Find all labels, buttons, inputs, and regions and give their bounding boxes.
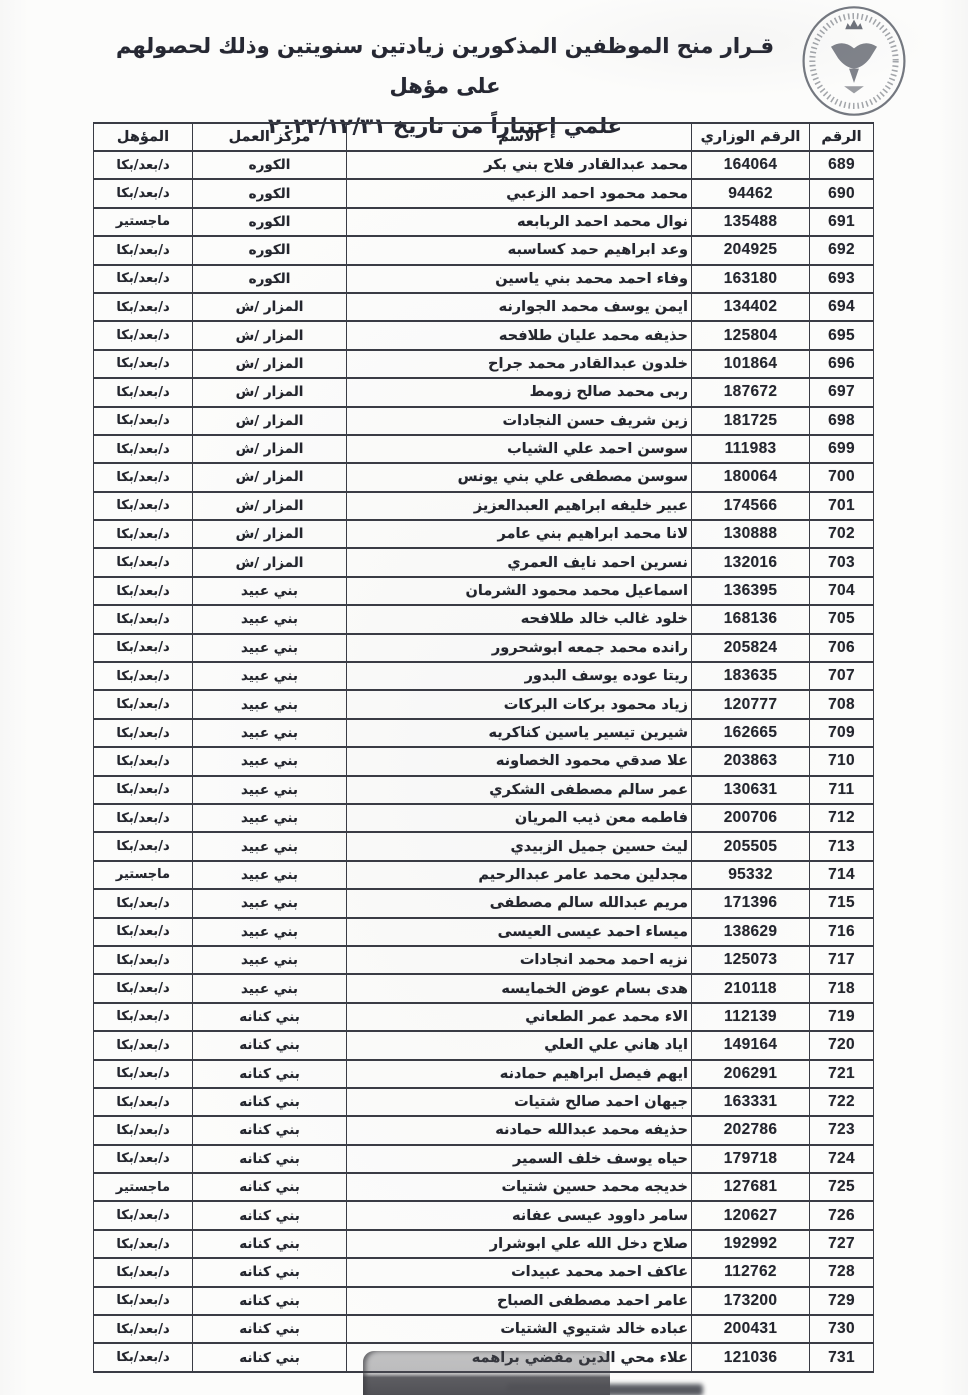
cell-number: 702 (810, 520, 874, 548)
cell-qualification: د/بعد/بكا (94, 1230, 193, 1258)
cell-qualification: ماجستير (94, 861, 193, 889)
cell-work-center: بني كنانه (193, 1230, 347, 1258)
cell-work-center: المزار /ش (193, 293, 347, 321)
table-row: 689 164064 محمد عبدالقادر فلاح بني بكر ا… (94, 151, 874, 179)
cell-qualification: د/بعد/بكا (94, 690, 193, 718)
cell-number: 697 (810, 378, 874, 406)
cell-qualification: د/بعد/بكا (94, 179, 193, 207)
cell-number: 715 (810, 889, 874, 917)
cell-number: 713 (810, 832, 874, 860)
cell-work-center: الكوره (193, 179, 347, 207)
cell-name: سوسن مصطفى علي بني يونس (347, 463, 692, 491)
table-row: 712 200706 فاطمه معن ذيب المريان بني عبي… (94, 804, 874, 832)
cell-qualification: د/بعد/بكا (94, 1031, 193, 1059)
cell-ministry-number: 136395 (692, 577, 810, 605)
table-row: 710 203863 علا صدقي محمود الخصاونه بني ع… (94, 747, 874, 775)
cell-ministry-number: 205505 (692, 832, 810, 860)
cell-ministry-number: 200431 (692, 1315, 810, 1343)
cell-number: 700 (810, 463, 874, 491)
cell-work-center: المزار /ش (193, 350, 347, 378)
cell-ministry-number: 94462 (692, 179, 810, 207)
cell-number: 726 (810, 1201, 874, 1229)
cell-number: 696 (810, 350, 874, 378)
table-row: 703 132016 نسرين احمد نايف العمري المزار… (94, 548, 874, 576)
cell-ministry-number: 205824 (692, 634, 810, 662)
cell-ministry-number: 127681 (692, 1173, 810, 1201)
cell-qualification: د/بعد/بكا (94, 634, 193, 662)
cell-qualification: ماجستير (94, 208, 193, 236)
table-row: 727 192992 صلاح دخل الله علي ابوشرار بني… (94, 1230, 874, 1258)
cell-name: وفاء احمد محمد بني ياسين (347, 265, 692, 293)
cell-ministry-number: 138629 (692, 918, 810, 946)
cell-name: اياد هاني علي العلي (347, 1031, 692, 1059)
cell-number: 731 (810, 1343, 874, 1371)
cell-name: ربى محمد صالح زومط (347, 378, 692, 406)
cell-work-center: المزار /ش (193, 321, 347, 349)
cell-number: 724 (810, 1145, 874, 1173)
cell-qualification: د/بعد/بكا (94, 492, 193, 520)
cell-number: 698 (810, 407, 874, 435)
cell-number: 694 (810, 293, 874, 321)
cell-ministry-number: 180064 (692, 463, 810, 491)
cell-work-center: بني كنانه (193, 1343, 347, 1371)
cell-qualification: د/بعد/بكا (94, 974, 193, 1002)
cell-qualification: د/بعد/بكا (94, 321, 193, 349)
cell-work-center: بني عبيد (193, 974, 347, 1002)
table-row: 709 162665 شيرين تيسير ياسين كناكريه بني… (94, 719, 874, 747)
table-row: 729 173200 عامر احمد مصطفى الصباح بني كن… (94, 1287, 874, 1315)
cell-ministry-number: 95332 (692, 861, 810, 889)
cell-qualification: ماجستير (94, 1173, 193, 1201)
table-row: 722 163331 جيهان احمد صالح شتيات بني كنا… (94, 1088, 874, 1116)
table-row: 692 204925 وعد ابراهيم حمد كساسبه الكوره… (94, 236, 874, 264)
cell-work-center: بني كنانه (193, 1031, 347, 1059)
cell-qualification: د/بعد/بكا (94, 548, 193, 576)
cell-work-center: الكوره (193, 151, 347, 179)
cell-number: 689 (810, 151, 874, 179)
cell-work-center: بني كنانه (193, 1315, 347, 1343)
cell-number: 691 (810, 208, 874, 236)
cell-ministry-number: 187672 (692, 378, 810, 406)
cell-number: 711 (810, 776, 874, 804)
cell-number: 718 (810, 974, 874, 1002)
cell-name: مريم عبدالله سالم مصطفى (347, 889, 692, 917)
table-row: 693 163180 وفاء احمد محمد بني ياسين الكو… (94, 265, 874, 293)
cell-ministry-number: 173200 (692, 1287, 810, 1315)
column-header-name: الاسم (347, 123, 692, 151)
cell-qualification: د/بعد/بكا (94, 151, 193, 179)
cell-number: 714 (810, 861, 874, 889)
table-row: 728 112762 عاكف احمد محمد عبيدات بني كنا… (94, 1258, 874, 1286)
cell-name: خديجه محمد حسين شتيات (347, 1173, 692, 1201)
cell-qualification: د/بعد/بكا (94, 1287, 193, 1315)
cell-qualification: د/بعد/بكا (94, 662, 193, 690)
table-body: 689 164064 محمد عبدالقادر فلاح بني بكر ا… (94, 151, 874, 1372)
table-row: 715 171396 مريم عبدالله سالم مصطفى بني ع… (94, 889, 874, 917)
cell-number: 720 (810, 1031, 874, 1059)
cell-qualification: د/بعد/بكا (94, 236, 193, 264)
cell-name: شيرين تيسير ياسين كناكريه (347, 719, 692, 747)
cell-name: خلدون عبدالقادر محمد جراح (347, 350, 692, 378)
cell-number: 692 (810, 236, 874, 264)
cell-name: نزيه احمد محمد انجادات (347, 946, 692, 974)
cell-work-center: بني عبيد (193, 719, 347, 747)
cell-ministry-number: 130631 (692, 776, 810, 804)
cell-work-center: المزار /ش (193, 378, 347, 406)
table-row: 718 210118 هدى بسام عوض الخمايسه بني عبي… (94, 974, 874, 1002)
cell-work-center: بني كنانه (193, 1173, 347, 1201)
cell-name: رانده محمد جمعه ابوشحرور (347, 634, 692, 662)
cell-ministry-number: 210118 (692, 974, 810, 1002)
cell-qualification: د/بعد/بكا (94, 1145, 193, 1173)
cell-qualification: د/بعد/بكا (94, 832, 193, 860)
table-row: 698 181725 زين شريف حسن النجادات المزار … (94, 407, 874, 435)
cell-work-center: بني عبيد (193, 861, 347, 889)
table-row: 702 130888 لانا محمد ابراهيم بني عامر ال… (94, 520, 874, 548)
table-row: 705 168136 خلود غالب خالد طلافحه بني عبي… (94, 605, 874, 633)
cell-work-center: المزار /ش (193, 435, 347, 463)
cell-name: صلاح دخل الله علي ابوشرار (347, 1230, 692, 1258)
cell-ministry-number: 181725 (692, 407, 810, 435)
scanned-document-page: قـرار منح الموظفين المذكورين زيادتين سنو… (0, 0, 968, 1395)
cell-qualification: د/بعد/بكا (94, 1258, 193, 1286)
table-row: 726 120627 سامر داوود عيسى عفانه بني كنا… (94, 1201, 874, 1229)
cell-work-center: بني عبيد (193, 634, 347, 662)
table-row: 701 174566 عبير خليفه ابراهيم العبدالعزي… (94, 492, 874, 520)
cell-qualification: د/بعد/بكا (94, 889, 193, 917)
cell-ministry-number: 183635 (692, 662, 810, 690)
cell-number: 728 (810, 1258, 874, 1286)
cell-name: سوسن احمد علي الشياب (347, 435, 692, 463)
cell-ministry-number: 125804 (692, 321, 810, 349)
cell-work-center: الكوره (193, 265, 347, 293)
cell-ministry-number: 112762 (692, 1258, 810, 1286)
cell-work-center: بني عبيد (193, 662, 347, 690)
cell-qualification: د/بعد/بكا (94, 1201, 193, 1229)
cell-name: ليث حسين جميل الزبيدي (347, 832, 692, 860)
cell-ministry-number: 204925 (692, 236, 810, 264)
cell-qualification: د/بعد/بكا (94, 435, 193, 463)
cell-qualification: د/بعد/بكا (94, 1116, 193, 1144)
table-row: 694 134402 ايمن يوسف محمد الجوارنه المزا… (94, 293, 874, 321)
cell-ministry-number: 120777 (692, 690, 810, 718)
gray-overlay-box (363, 1351, 610, 1395)
cell-number: 723 (810, 1116, 874, 1144)
table-row: 699 111983 سوسن احمد علي الشياب المزار /… (94, 435, 874, 463)
ministry-seal-icon (798, 4, 910, 118)
cell-name: جيهان احمد صالح شتيات (347, 1088, 692, 1116)
cell-work-center: بني عبيد (193, 605, 347, 633)
cell-qualification: د/بعد/بكا (94, 1315, 193, 1343)
table-row: 691 135488 نوال محمد احمد الربابعه الكور… (94, 208, 874, 236)
cell-work-center: بني كنانه (193, 1060, 347, 1088)
cell-name: هدى بسام عوض الخمايسه (347, 974, 692, 1002)
table-row: 714 95332 مجدلين محمد عامر عبدالرحيم بني… (94, 861, 874, 889)
cell-name: ايهم فيصل ابراهيم حمادنه (347, 1060, 692, 1088)
cell-number: 727 (810, 1230, 874, 1258)
cell-number: 707 (810, 662, 874, 690)
cell-qualification: د/بعد/بكا (94, 918, 193, 946)
cell-qualification: د/بعد/بكا (94, 350, 193, 378)
cell-number: 705 (810, 605, 874, 633)
cell-work-center: المزار /ش (193, 548, 347, 576)
cell-name: عاكف احمد محمد عبيدات (347, 1258, 692, 1286)
cell-name: سامر داوود عيسى عفانه (347, 1201, 692, 1229)
cell-name: مجدلين محمد عامر عبدالرحيم (347, 861, 692, 889)
cell-ministry-number: 101864 (692, 350, 810, 378)
cell-qualification: د/بعد/بكا (94, 804, 193, 832)
cell-name: عبير خليفه ابراهيم العبدالعزيز (347, 492, 692, 520)
cell-ministry-number: 203863 (692, 747, 810, 775)
cell-name: حذيفه محمد عبدالله حمادنه (347, 1116, 692, 1144)
cell-ministry-number: 135488 (692, 208, 810, 236)
cell-work-center: بني كنانه (193, 1003, 347, 1031)
cell-name: علا صدقي محمود الخصاونه (347, 747, 692, 775)
cell-qualification: د/بعد/بكا (94, 265, 193, 293)
cell-work-center: المزار /ش (193, 407, 347, 435)
cell-ministry-number: 200706 (692, 804, 810, 832)
cell-ministry-number: 192992 (692, 1230, 810, 1258)
table-row: 725 127681 خديجه محمد حسين شتيات بني كنا… (94, 1173, 874, 1201)
cell-qualification: د/بعد/بكا (94, 463, 193, 491)
cell-qualification: د/بعد/بكا (94, 293, 193, 321)
cell-name: نسرين احمد نايف العمري (347, 548, 692, 576)
cell-name: وعد ابراهيم حمد كساسبه (347, 236, 692, 264)
cell-work-center: بني عبيد (193, 946, 347, 974)
cell-ministry-number: 112139 (692, 1003, 810, 1031)
cell-number: 703 (810, 548, 874, 576)
cell-number: 704 (810, 577, 874, 605)
cell-work-center: بني كنانه (193, 1287, 347, 1315)
cell-ministry-number: 168136 (692, 605, 810, 633)
cell-ministry-number: 179718 (692, 1145, 810, 1173)
table-row: 730 200431 عباده خالد شتيوي الشتيات بني … (94, 1315, 874, 1343)
table-row: 721 206291 ايهم فيصل ابراهيم حمادنه بني … (94, 1060, 874, 1088)
cell-ministry-number: 163180 (692, 265, 810, 293)
cell-number: 712 (810, 804, 874, 832)
cell-name: عامر احمد مصطفى الصباح (347, 1287, 692, 1315)
cell-name: محمد عبدالقادر فلاح بني بكر (347, 151, 692, 179)
column-header-number: الرقم (810, 123, 874, 151)
cell-work-center: المزار /ش (193, 520, 347, 548)
table-row: 706 205824 رانده محمد جمعه ابوشحرور بني … (94, 634, 874, 662)
cell-qualification: د/بعد/بكا (94, 776, 193, 804)
cell-ministry-number: 149164 (692, 1031, 810, 1059)
table-row: 696 101864 خلدون عبدالقادر محمد جراح الم… (94, 350, 874, 378)
document-title-line1: قـرار منح الموظفين المذكورين زيادتين سنو… (105, 26, 785, 106)
table-row: 700 180064 سوسن مصطفى علي بني يونس المزا… (94, 463, 874, 491)
cell-name: حياه يوسف خلف السمير (347, 1145, 692, 1173)
cell-number: 706 (810, 634, 874, 662)
cell-name: عباده خالد شتيوي الشتيات (347, 1315, 692, 1343)
cell-work-center: بني كنانه (193, 1201, 347, 1229)
cell-work-center: بني عبيد (193, 889, 347, 917)
table-row: 695 125804 حذيفه محمد عليان طلافحه المزا… (94, 321, 874, 349)
cell-number: 701 (810, 492, 874, 520)
cell-ministry-number: 121036 (692, 1343, 810, 1371)
cell-qualification: د/بعد/بكا (94, 577, 193, 605)
cell-ministry-number: 174566 (692, 492, 810, 520)
cell-number: 725 (810, 1173, 874, 1201)
table-row: 704 136395 اسماعيل محمد محمود الشرمان بن… (94, 577, 874, 605)
cell-number: 693 (810, 265, 874, 293)
cell-name: ميساء احمد عيسى العيسى (347, 918, 692, 946)
table-row: 711 130631 عمر سالم مصطفى الشكري بني عبي… (94, 776, 874, 804)
cell-number: 716 (810, 918, 874, 946)
table-row: 723 202786 حذيفه محمد عبدالله حمادنه بني… (94, 1116, 874, 1144)
cell-name: الاء محمد عمر الطعاني (347, 1003, 692, 1031)
cell-name: حذيفه محمد عليان طلافحه (347, 321, 692, 349)
cell-qualification: د/بعد/بكا (94, 719, 193, 747)
table-row: 697 187672 ربى محمد صالح زومط المزار /ش … (94, 378, 874, 406)
cell-number: 730 (810, 1315, 874, 1343)
cell-number: 709 (810, 719, 874, 747)
cell-work-center: المزار /ش (193, 463, 347, 491)
cell-ministry-number: 164064 (692, 151, 810, 179)
cell-ministry-number: 125073 (692, 946, 810, 974)
cell-qualification: د/بعد/بكا (94, 378, 193, 406)
cell-ministry-number: 134402 (692, 293, 810, 321)
cell-name: عمر سالم مصطفى الشكري (347, 776, 692, 804)
column-header-qualification: المؤهل (94, 123, 193, 151)
cell-number: 719 (810, 1003, 874, 1031)
column-header-work-center: مركز العمل (193, 123, 347, 151)
table-row: 707 183635 ريتا عوده يوسف البدور بني عبي… (94, 662, 874, 690)
table-row: 717 125073 نزيه احمد محمد انجادات بني عب… (94, 946, 874, 974)
cell-work-center: بني عبيد (193, 832, 347, 860)
cell-number: 729 (810, 1287, 874, 1315)
cell-qualification: د/بعد/بكا (94, 1343, 193, 1371)
table-row: 690 94462 محمد محمود احمد الزعبي الكوره … (94, 179, 874, 207)
cell-work-center: بني عبيد (193, 776, 347, 804)
cell-number: 717 (810, 946, 874, 974)
cell-number: 721 (810, 1060, 874, 1088)
cell-number: 722 (810, 1088, 874, 1116)
cell-ministry-number: 162665 (692, 719, 810, 747)
cell-number: 710 (810, 747, 874, 775)
cell-work-center: الكوره (193, 236, 347, 264)
table-header-row: الرقم الرقم الوزاري الاسم مركز العمل الم… (94, 123, 874, 151)
cell-work-center: المزار /ش (193, 492, 347, 520)
cell-name: خلود غالب خالد طلافحه (347, 605, 692, 633)
cell-work-center: بني عبيد (193, 918, 347, 946)
cell-ministry-number: 120627 (692, 1201, 810, 1229)
cell-work-center: بني عبيد (193, 804, 347, 832)
cell-qualification: د/بعد/بكا (94, 1088, 193, 1116)
cell-name: زياد محمود بركات البركات (347, 690, 692, 718)
cell-ministry-number: 111983 (692, 435, 810, 463)
cell-number: 708 (810, 690, 874, 718)
table-row: 708 120777 زياد محمود بركات البركات بني … (94, 690, 874, 718)
cell-name: زين شريف حسن النجادات (347, 407, 692, 435)
table-row: 724 179718 حياه يوسف خلف السمير بني كنان… (94, 1145, 874, 1173)
cell-qualification: د/بعد/بكا (94, 520, 193, 548)
cell-qualification: د/بعد/بكا (94, 1003, 193, 1031)
table-row: 716 138629 ميساء احمد عيسى العيسى بني عب… (94, 918, 874, 946)
cell-ministry-number: 163331 (692, 1088, 810, 1116)
cell-name: لانا محمد ابراهيم بني عامر (347, 520, 692, 548)
cell-name: محمد محمود احمد الزعبي (347, 179, 692, 207)
cell-ministry-number: 206291 (692, 1060, 810, 1088)
cell-work-center: بني كنانه (193, 1116, 347, 1144)
cell-work-center: الكوره (193, 208, 347, 236)
cell-work-center: بني عبيد (193, 577, 347, 605)
cell-ministry-number: 202786 (692, 1116, 810, 1144)
table-row: 713 205505 ليث حسين جميل الزبيدي بني عبي… (94, 832, 874, 860)
cell-number: 690 (810, 179, 874, 207)
table-row: 720 149164 اياد هاني علي العلي بني كنانه… (94, 1031, 874, 1059)
cell-qualification: د/بعد/بكا (94, 605, 193, 633)
cell-qualification: د/بعد/بكا (94, 747, 193, 775)
cell-name: نوال محمد احمد الربابعه (347, 208, 692, 236)
cell-qualification: د/بعد/بكا (94, 407, 193, 435)
cell-ministry-number: 132016 (692, 548, 810, 576)
cell-ministry-number: 171396 (692, 889, 810, 917)
cell-work-center: بني كنانه (193, 1145, 347, 1173)
cell-name: ريتا عوده يوسف البدور (347, 662, 692, 690)
employees-table: الرقم الرقم الوزاري الاسم مركز العمل الم… (93, 122, 874, 1373)
cell-qualification: د/بعد/بكا (94, 946, 193, 974)
cell-work-center: بني عبيد (193, 690, 347, 718)
cell-name: اسماعيل محمد محمود الشرمان (347, 577, 692, 605)
cell-name: فاطمه معن ذيب المريان (347, 804, 692, 832)
cell-qualification: د/بعد/بكا (94, 1060, 193, 1088)
cell-ministry-number: 130888 (692, 520, 810, 548)
table-row: 719 112139 الاء محمد عمر الطعاني بني كنا… (94, 1003, 874, 1031)
cell-work-center: بني عبيد (193, 747, 347, 775)
cell-work-center: بني كنانه (193, 1258, 347, 1286)
cell-work-center: بني كنانه (193, 1088, 347, 1116)
cell-name: ايمن يوسف محمد الجوارنه (347, 293, 692, 321)
column-header-ministry-number: الرقم الوزاري (692, 123, 810, 151)
cell-number: 695 (810, 321, 874, 349)
cell-number: 699 (810, 435, 874, 463)
